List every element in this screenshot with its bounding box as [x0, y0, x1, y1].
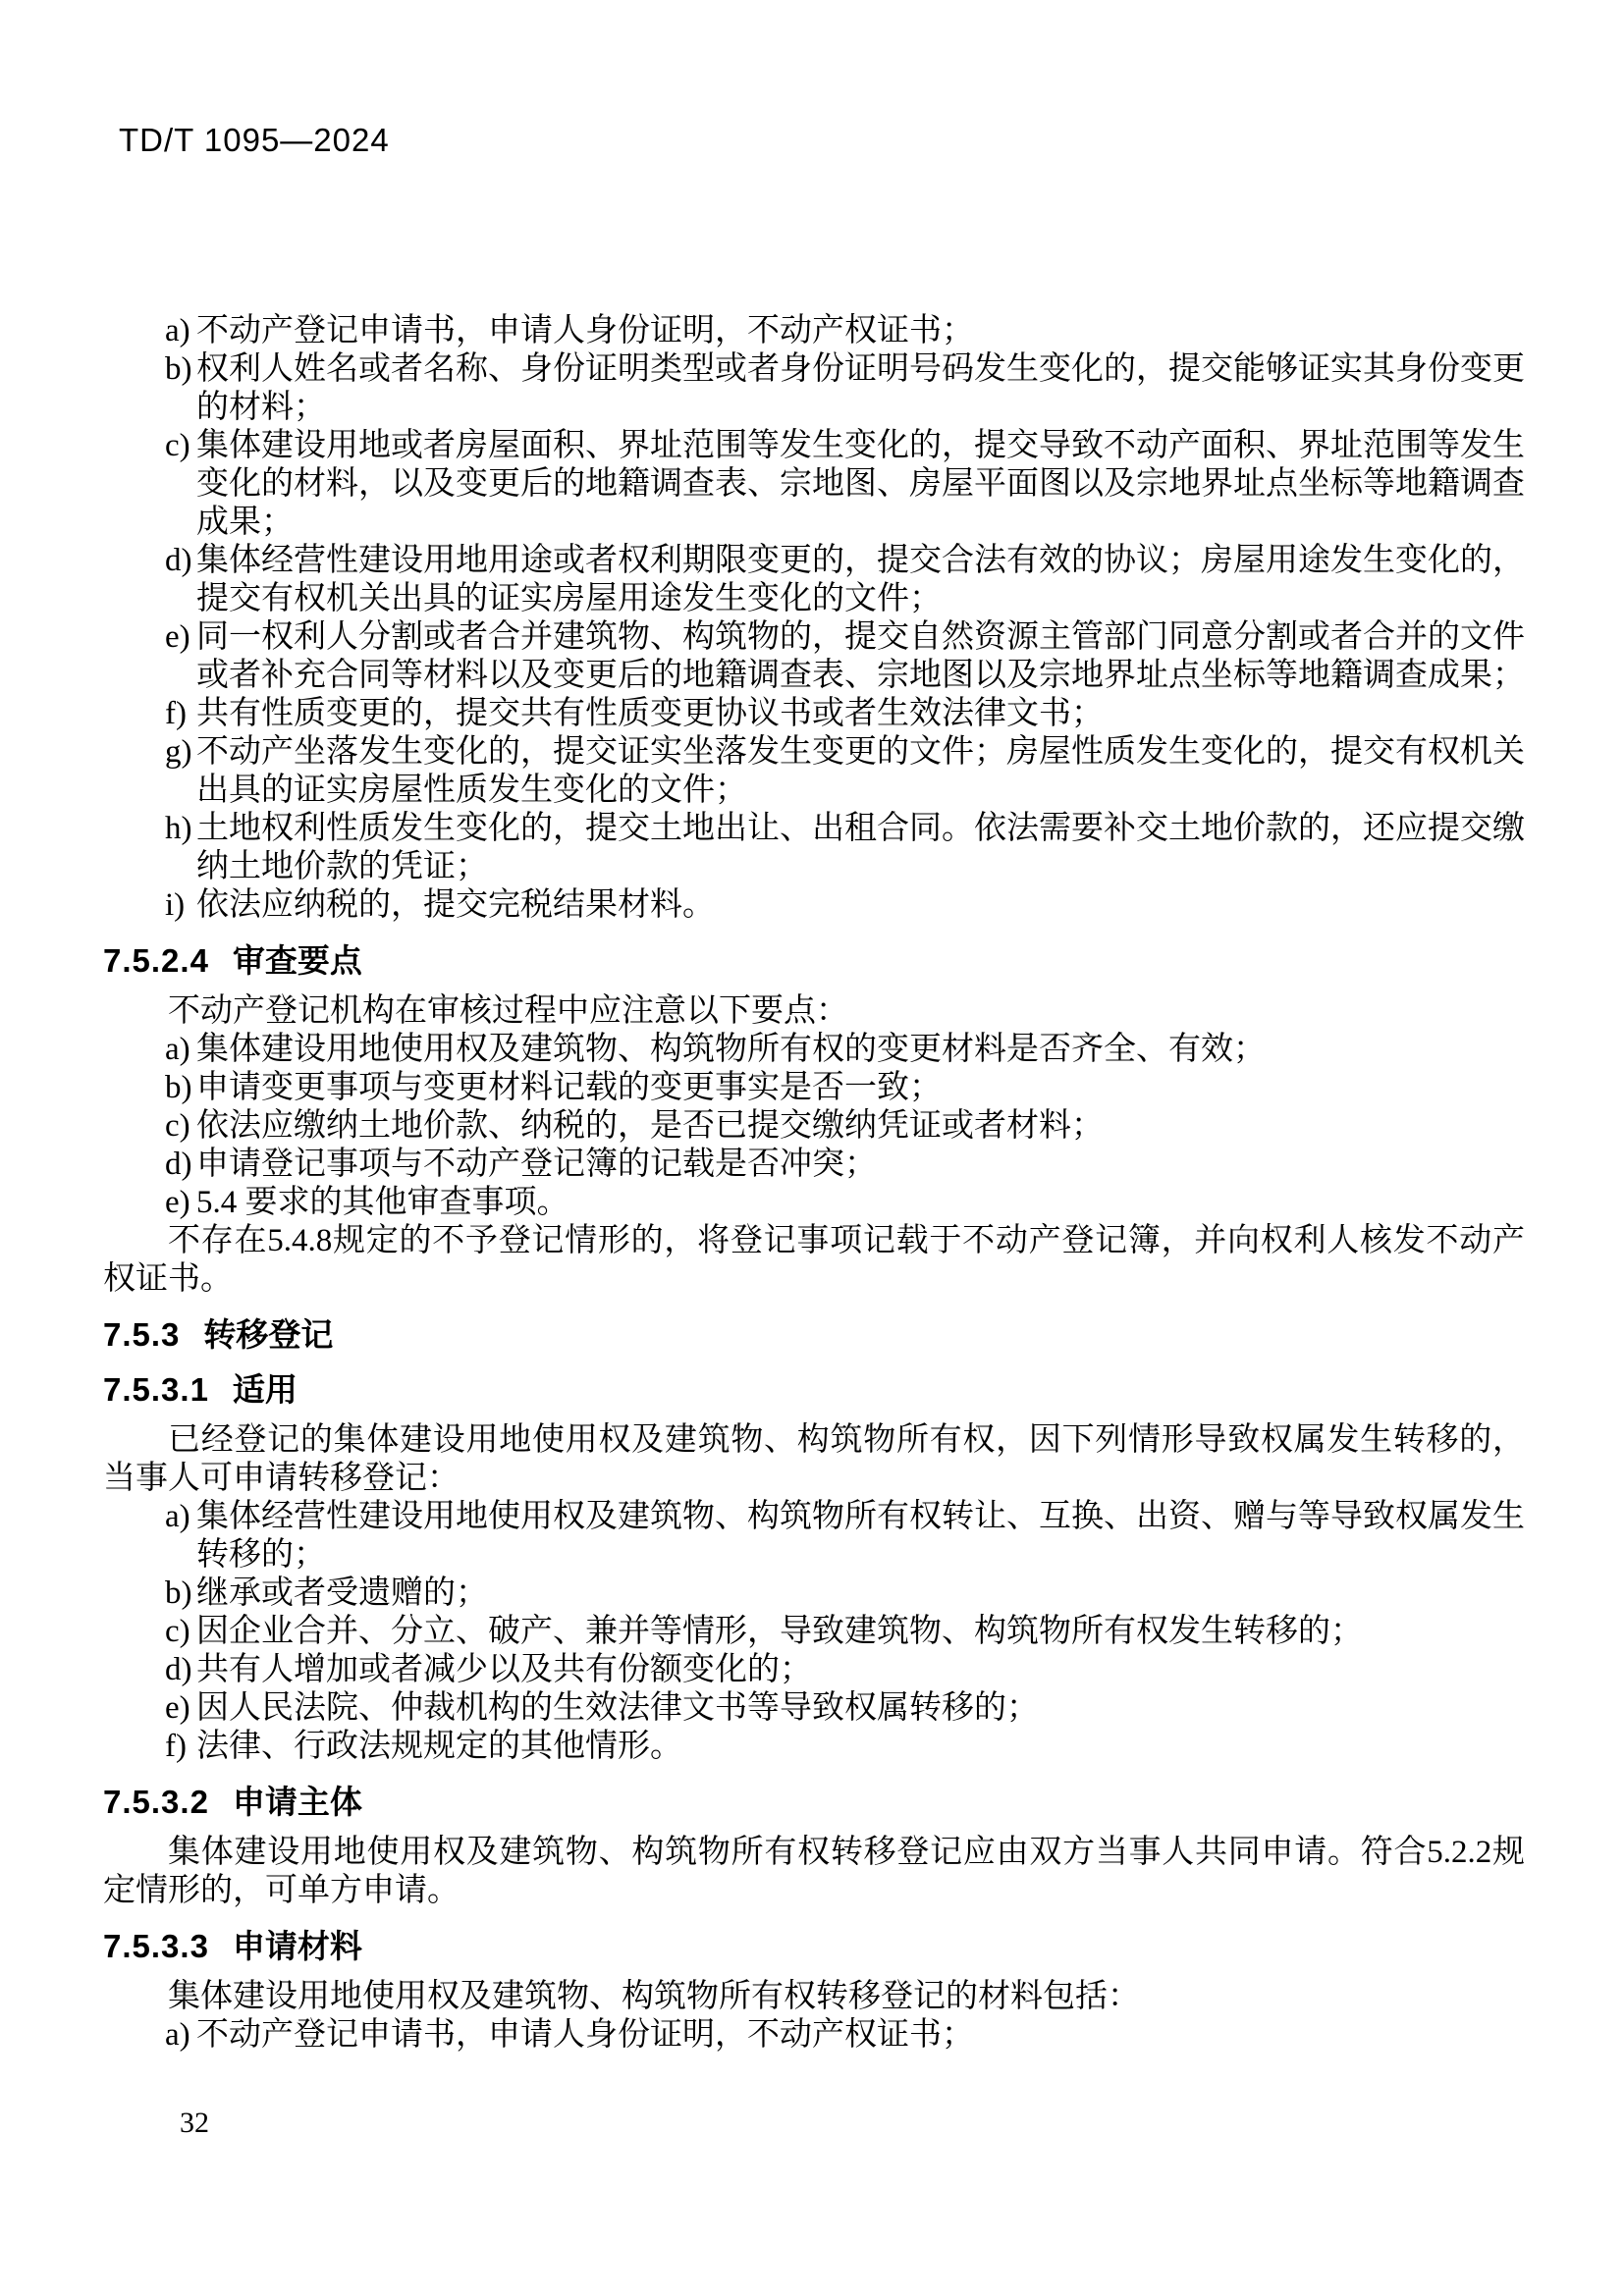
list-item-text: 法律、行政法规规定的其他情形。 [196, 1729, 682, 1764]
list-item-text: 继承或者受遗赠的； [196, 1575, 488, 1611]
list-item-label: f) [165, 1728, 187, 1766]
list-item: f)法律、行政法规规定的其他情形。 [103, 1728, 1525, 1766]
section-title: 申请主体 [233, 1784, 362, 1820]
section-heading: 7.5.2.4审查要点 [103, 941, 1525, 980]
paragraph: 集体建设用地使用权及建筑物、构筑物所有权转移登记应由双方当事人共同申请。符合5.… [103, 1834, 1525, 1910]
list-item-label: c) [165, 1107, 190, 1146]
list-item-text: 集体经营性建设用地用途或者权利期限变更的，提交合法有效的协议；房屋用途发生变化的… [196, 543, 1525, 616]
list-item: a)集体建设用地使用权及建筑物、构筑物所有权的变更材料是否齐全、有效； [103, 1031, 1525, 1069]
list-item: e)同一权利人分割或者合并建筑物、构筑物的，提交自然资源主管部门同意分割或者合并… [103, 618, 1525, 695]
list-item: d)申请登记事项与不动产登记簿的记载是否冲突； [103, 1146, 1525, 1184]
list-item: a)不动产登记申请书，申请人身份证明，不动产权证书； [103, 312, 1525, 350]
list-item-text: 共有性质变更的，提交共有性质变更协议书或者生效法律文书； [196, 696, 1104, 731]
list-item: f)共有性质变更的，提交共有性质变更协议书或者生效法律文书； [103, 695, 1525, 733]
list-item: a)不动产登记申请书，申请人身份证明，不动产权证书； [103, 2016, 1525, 2055]
list-item-label: a) [165, 1031, 190, 1069]
list-item-text: 因人民法院、仲裁机构的生效法律文书等导致权属转移的； [196, 1690, 1039, 1726]
list-item-text: 依法应纳税的，提交完税结果材料。 [196, 887, 715, 923]
list-item: c)因企业合并、分立、破产、兼并等情形，导致建筑物、构筑物所有权发生转移的； [103, 1613, 1525, 1651]
list-item-label: d) [165, 1651, 192, 1689]
list-item-text: 因企业合并、分立、破产、兼并等情形，导致建筑物、构筑物所有权发生转移的； [196, 1614, 1363, 1649]
list-item-text: 共有人增加或者减少以及共有份额变化的； [196, 1652, 812, 1687]
list-item: i)依法应纳税的，提交完税结果材料。 [103, 886, 1525, 925]
list-item-label: e) [165, 618, 190, 657]
list-item-text: 集体经营性建设用地使用权及建筑物、构筑物所有权转让、互换、出资、赠与等导致权属发… [196, 1499, 1525, 1573]
section-title: 申请材料 [233, 1928, 362, 1964]
section-heading: 7.5.3转移登记 [103, 1315, 1525, 1354]
list-item: c)集体建设用地或者房屋面积、界址范围等发生变化的，提交导致不动产面积、界址范围… [103, 427, 1525, 542]
section-title: 审查要点 [233, 942, 362, 979]
list-item: g)不动产坐落发生变化的，提交证实坐落发生变更的文件；房屋性质发生变化的，提交有… [103, 733, 1525, 810]
list-item-label: b) [165, 1575, 192, 1613]
list-item-text: 不动产登记申请书，申请人身份证明，不动产权证书； [196, 2017, 974, 2053]
list-item: d)集体经营性建设用地用途或者权利期限变更的，提交合法有效的协议；房屋用途发生变… [103, 542, 1525, 618]
list-item-label: a) [165, 2016, 190, 2055]
list-item-text: 集体建设用地使用权及建筑物、构筑物所有权的变更材料是否齐全、有效； [196, 1032, 1266, 1067]
section-number: 7.5.3.2 [103, 1784, 209, 1820]
list-item-text: 土地权利性质发生变化的，提交土地出让、出租合同。依法需要补交土地价款的，还应提交… [196, 811, 1525, 884]
list-item: e)因人民法院、仲裁机构的生效法律文书等导致权属转移的； [103, 1689, 1525, 1728]
section-number: 7.5.3.3 [103, 1928, 209, 1964]
paragraph: 已经登记的集体建设用地使用权及建筑物、构筑物所有权，因下列情形导致权属发生转移的… [103, 1421, 1525, 1498]
content-area: a)不动产登记申请书，申请人身份证明，不动产权证书；b)权利人姓名或者名称、身份… [103, 312, 1525, 2055]
list-item-label: b) [165, 350, 192, 389]
section-title: 适用 [233, 1371, 298, 1408]
list-item-label: e) [165, 1689, 190, 1728]
list-item-label: f) [165, 695, 187, 733]
section-heading: 7.5.3.3申请材料 [103, 1927, 1525, 1965]
list-item: e)5.4 要求的其他审查事项。 [103, 1184, 1525, 1222]
section-title: 转移登记 [203, 1316, 333, 1353]
paragraph: 不存在5.4.8规定的不予登记情形的，将登记事项记载于不动产登记簿，并向权利人核… [103, 1222, 1525, 1299]
list-item-text: 申请登记事项与不动产登记簿的记载是否冲突； [196, 1147, 877, 1182]
section-number: 7.5.3.1 [103, 1371, 209, 1408]
list-item-label: h) [165, 810, 192, 848]
list-item: a)集体经营性建设用地使用权及建筑物、构筑物所有权转让、互换、出资、赠与等导致权… [103, 1498, 1525, 1575]
list-item-text: 不动产登记申请书，申请人身份证明，不动产权证书； [196, 313, 974, 348]
list-item-text: 不动产坐落发生变化的，提交证实坐落发生变更的文件；房屋性质发生变化的，提交有权机… [196, 734, 1525, 808]
section-number: 7.5.3 [103, 1316, 180, 1353]
list-item-label: c) [165, 1613, 190, 1651]
list-item-label: g) [165, 733, 192, 772]
list-item-text: 权利人姓名或者名称、身份证明类型或者身份证明号码发生变化的，提交能够证实其身份变… [196, 351, 1525, 425]
list-item: h)土地权利性质发生变化的，提交土地出让、出租合同。依法需要补交土地价款的，还应… [103, 810, 1525, 886]
list-item-label: i) [165, 886, 185, 925]
section-heading: 7.5.3.2申请主体 [103, 1783, 1525, 1821]
list-item-label: c) [165, 427, 190, 465]
standard-code-header: TD/T 1095—2024 [119, 122, 390, 159]
list-item: c)依法应缴纳土地价款、纳税的，是否已提交缴纳凭证或者材料； [103, 1107, 1525, 1146]
section-heading: 7.5.3.1适用 [103, 1370, 1525, 1409]
list-item-label: a) [165, 1498, 190, 1536]
list-item-label: d) [165, 542, 192, 580]
section-number: 7.5.2.4 [103, 942, 209, 979]
list-item-label: b) [165, 1069, 192, 1107]
paragraph: 集体建设用地使用权及建筑物、构筑物所有权转移登记的材料包括： [103, 1978, 1525, 2016]
list-item-text: 5.4 要求的其他审查事项。 [196, 1185, 569, 1220]
page-number: 32 [180, 2107, 209, 2140]
list-item-label: d) [165, 1146, 192, 1184]
list-item-text: 申请变更事项与变更材料记载的变更事实是否一致； [196, 1070, 942, 1105]
list-item-text: 集体建设用地或者房屋面积、界址范围等发生变化的，提交导致不动产面积、界址范围等发… [196, 428, 1525, 540]
list-item: d)共有人增加或者减少以及共有份额变化的； [103, 1651, 1525, 1689]
list-item-text: 同一权利人分割或者合并建筑物、构筑物的，提交自然资源主管部门同意分割或者合并的文… [196, 619, 1525, 693]
list-item-label: a) [165, 312, 190, 350]
list-item-text: 依法应缴纳土地价款、纳税的，是否已提交缴纳凭证或者材料； [196, 1108, 1104, 1144]
paragraph: 不动产登记机构在审核过程中应注意以下要点： [103, 992, 1525, 1031]
list-item: b)继承或者受遗赠的； [103, 1575, 1525, 1613]
document-page: TD/T 1095—2024 a)不动产登记申请书，申请人身份证明，不动产权证书… [0, 0, 1624, 2296]
list-item: b)权利人姓名或者名称、身份证明类型或者身份证明号码发生变化的，提交能够证实其身… [103, 350, 1525, 427]
list-item: b)申请变更事项与变更材料记载的变更事实是否一致； [103, 1069, 1525, 1107]
list-item-label: e) [165, 1184, 190, 1222]
